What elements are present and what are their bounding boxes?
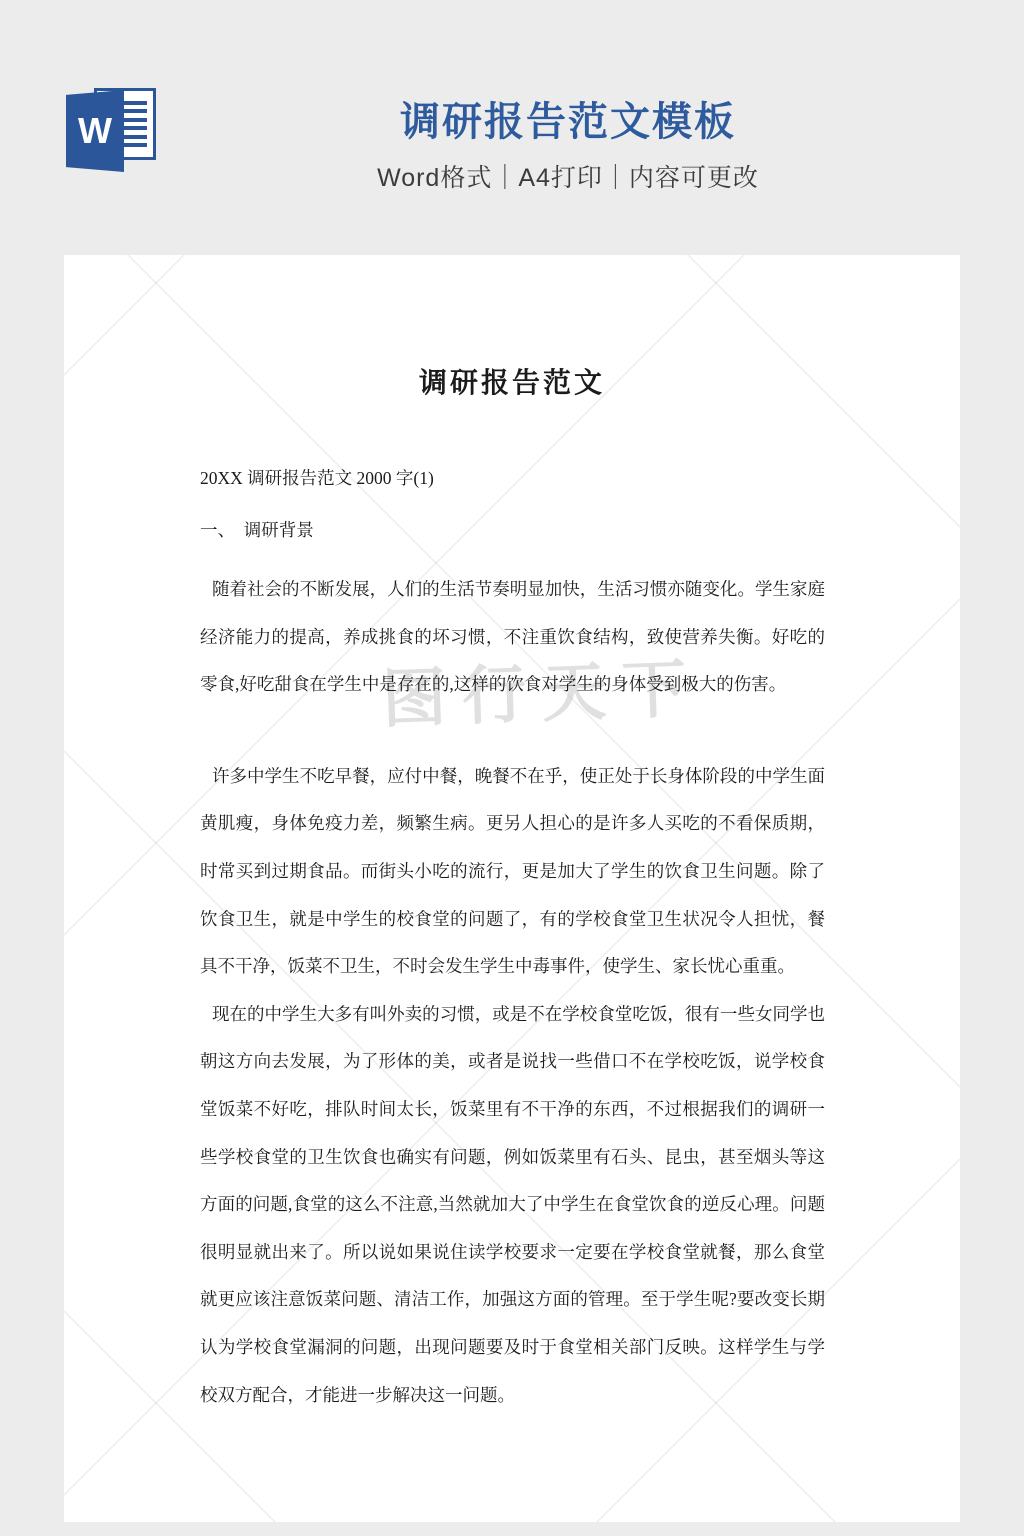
paragraph: 随着社会的不断发展，人们的生活节奏明显加快，生活习惯亦随变化。学生家庭经济能力的… — [200, 566, 825, 709]
document-title: 调研报告范文 — [64, 361, 960, 401]
template-subtitle: Word格式｜A4打印｜内容可更改 — [112, 158, 1024, 194]
document-page: 图行天下 调研报告范文 20XX 调研报告范文 2000 字(1) 一、 调研背… — [64, 255, 960, 1522]
word-icon-letter: W — [78, 113, 112, 149]
header-text: 调研报告范文模板 Word格式｜A4打印｜内容可更改 — [112, 98, 1024, 194]
template-title: 调研报告范文模板 — [112, 98, 1024, 146]
section-heading: 一、 调研背景 — [200, 522, 825, 540]
paragraph: 许多中学生不吃早餐，应付中餐，晚餐不在乎，使正处于长身体阶段的中学生面黄肌瘦，身… — [200, 753, 825, 991]
document-body: 20XX 调研报告范文 2000 字(1) 一、 调研背景 随着社会的不断发展，… — [200, 470, 825, 1419]
paragraph: 现在的中学生大多有叫外卖的习惯，或是不在学校食堂吃饭，很有一些女同学也朝这方向去… — [200, 991, 825, 1419]
document-meta-line: 20XX 调研报告范文 2000 字(1) — [200, 470, 825, 488]
header: W 调研报告范文模板 Word格式｜A4打印｜内容可更改 — [0, 0, 1024, 255]
